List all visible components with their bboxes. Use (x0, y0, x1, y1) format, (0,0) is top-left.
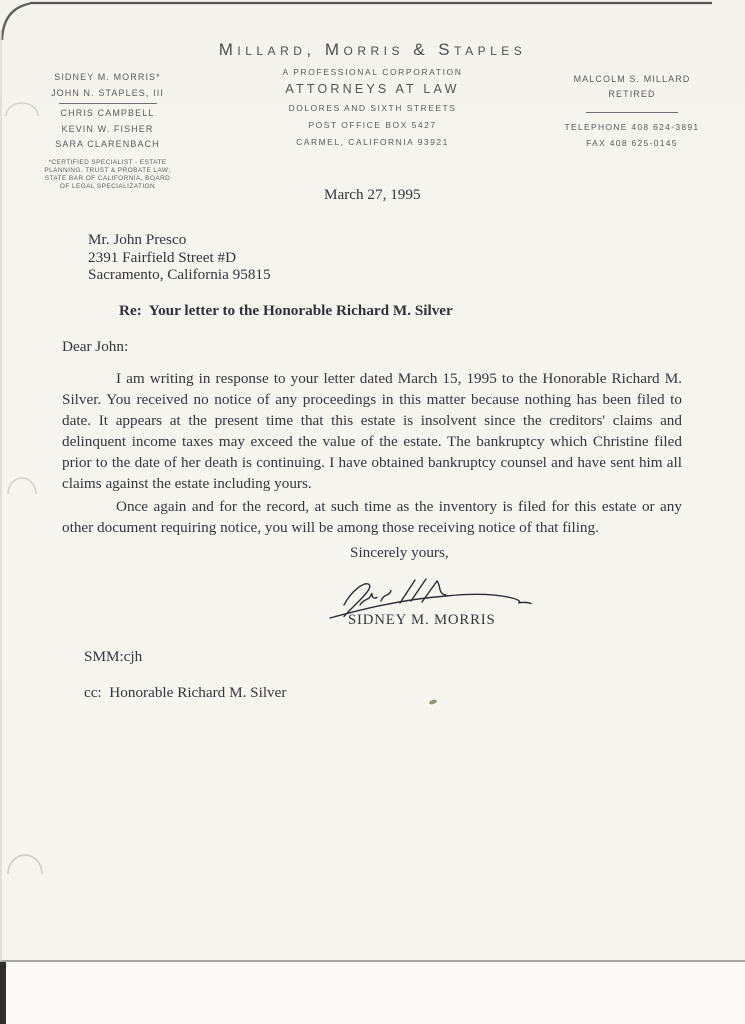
binder-arc-bottom (8, 855, 42, 874)
telephone-line: TELEPHONE 408 624-3891 (552, 122, 712, 132)
recipient-name: Mr. John Presco (88, 231, 271, 249)
signer-typed-name: SIDNEY M. MORRIS (348, 612, 496, 629)
attorney-name: JOHN N. STAPLES, III (30, 86, 185, 102)
closing-phrase: Sincerely yours, (350, 544, 449, 562)
attorney-name: CHRIS CAMPBELL (30, 106, 185, 122)
typist-reference-initials: SMM:cjh (84, 648, 142, 666)
letter-date: March 27, 1995 (324, 186, 421, 204)
firm-name: Millard, Morris & Staples (185, 40, 560, 60)
street-line: DOLORES AND SIXTH STREETS (185, 103, 560, 113)
city-line: CARMEL, CALIFORNIA 93921 (185, 137, 560, 147)
page-top-left-corner (2, 4, 30, 41)
professional-corporation-line: A PROFESSIONAL CORPORATION (185, 67, 560, 77)
certified-specialist-footnote: *CERTIFIED SPECIALIST - ESTATE PLANNING,… (42, 159, 174, 192)
attorney-name: KEVIN W. FISHER (30, 122, 185, 138)
partner-divider-line (59, 103, 157, 104)
recipient-city: Sacramento, California 95815 (88, 266, 271, 284)
scanner-dark-strip (0, 962, 6, 1024)
page-left-edge-shadow (0, 30, 2, 961)
recipient-address-block: Mr. John Presco 2391 Fairfield Street #D… (88, 231, 271, 284)
attorney-name: SARA CLARENBACH (30, 137, 185, 153)
body-paragraph-2: Once again and for the record, at such t… (62, 496, 682, 538)
letterhead-right-column: MALCOLM S. MILLARD RETIRED TELEPHONE 408… (552, 72, 712, 148)
salutation: Dear John: (62, 338, 128, 356)
fax-line: FAX 408 625-0145 (552, 138, 712, 148)
binder-arc-middle (8, 478, 36, 494)
recipient-street: 2391 Fairfield Street #D (88, 249, 271, 267)
background-sheet (0, 962, 745, 1024)
retired-label: RETIRED (552, 87, 712, 102)
po-box-line: POST OFFICE BOX 5427 (185, 120, 560, 130)
letterhead-center: Millard, Morris & Staples A PROFESSIONAL… (185, 40, 560, 147)
debris-speck (429, 699, 438, 705)
attorneys-at-law-line: ATTORNEYS AT LAW (185, 82, 560, 96)
contact-divider-line (586, 112, 678, 113)
letterhead-attorney-list: SIDNEY M. MORRIS* JOHN N. STAPLES, III C… (30, 70, 185, 191)
cc-line: cc: Honorable Richard M. Silver (84, 684, 286, 702)
scanned-letter-page: Millard, Morris & Staples A PROFESSIONAL… (0, 0, 745, 1024)
body-paragraph-1: I am writing in response to your letter … (62, 368, 682, 494)
attorney-name: SIDNEY M. MORRIS* (30, 70, 185, 86)
re-subject-line: Re: Your letter to the Honorable Richard… (119, 302, 453, 320)
retired-partner-name: MALCOLM S. MILLARD (552, 72, 712, 87)
